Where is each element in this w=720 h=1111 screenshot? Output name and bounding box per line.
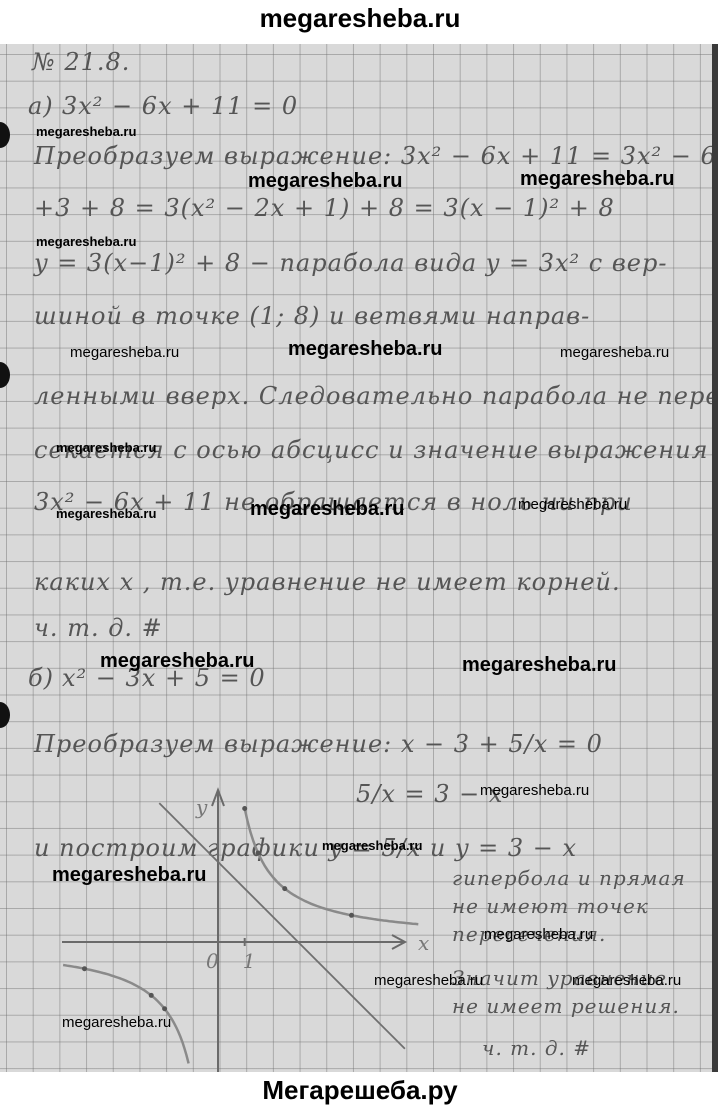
hyperbola-point <box>256 851 261 856</box>
part-a-equation: 3x² − 6x + 11 = 0 <box>62 92 298 120</box>
hyperbola-point <box>282 886 287 891</box>
part-a-line: +3 + 8 = 3(x² − 2x + 1) + 8 = 3(x − 1)² … <box>34 194 615 222</box>
y-axis-label: y <box>195 795 208 819</box>
problem-number: № 21.8. <box>32 48 130 76</box>
part-a-line: Преобразуем выражение: 3x² − 6x + 11 = 3… <box>34 142 718 170</box>
part-a-line: шиной в точке (1; 8) и ветвями направ- <box>34 302 590 330</box>
watermark: megaresheba.ru <box>518 496 627 513</box>
watermark: megaresheba.ru <box>100 650 255 673</box>
watermark: megaresheba.ru <box>36 234 136 249</box>
x-axis-label: x <box>418 931 429 955</box>
watermark: megaresheba.ru <box>288 338 443 361</box>
site-watermark-footer: Мегарешеба.ру <box>0 1072 720 1111</box>
hyperbola-point <box>162 1006 167 1011</box>
conclusion-line: гипербола и прямая <box>452 866 686 890</box>
unit-label: 1 <box>243 949 256 973</box>
watermark: megaresheba.ru <box>480 782 589 799</box>
conclusion-line: не имеют точек <box>452 894 649 918</box>
qed-mark: ч. т. д. # <box>482 1036 591 1060</box>
watermark: megaresheba.ru <box>52 864 207 887</box>
qed-mark: ч. т. д. # <box>34 614 163 642</box>
watermark: megaresheba.ru <box>62 1014 171 1031</box>
part-a-label: а) <box>28 92 54 120</box>
watermark: megaresheba.ru <box>36 124 136 139</box>
watermark: megaresheba.ru <box>250 498 405 521</box>
watermark: megaresheba.ru <box>560 344 669 361</box>
watermark: megaresheba.ru <box>56 440 156 455</box>
watermark: megaresheba.ru <box>462 654 617 677</box>
binder-hole <box>0 122 10 148</box>
site-watermark-header: megaresheba.ru <box>0 0 720 44</box>
part-b-line: Преобразуем выражение: x − 3 + 5/x = 0 <box>34 730 603 758</box>
hyperbola-point <box>82 966 87 971</box>
part-a-line: y = 3(x−1)² + 8 − парабола вида y = 3x² … <box>34 249 667 277</box>
part-a-line: каких x , т.е. уравнение не имеет корней… <box>34 568 621 596</box>
watermark: megaresheba.ru <box>56 506 156 521</box>
hyperbola-branch-right <box>245 809 419 925</box>
watermark: megaresheba.ru <box>520 168 675 191</box>
watermark: megaresheba.ru <box>484 926 593 943</box>
part-a-line: ленными вверх. Следовательно парабола не… <box>34 382 718 410</box>
hyperbola-point <box>149 993 154 998</box>
hyperbola-point <box>242 806 247 811</box>
part-b-label: б) <box>28 664 54 692</box>
origin-label: 0 <box>206 949 219 973</box>
binder-hole <box>0 362 10 388</box>
hyperbola-point <box>349 913 354 918</box>
conclusion-line: не имеет решения. <box>452 994 680 1018</box>
watermark: megaresheba.ru <box>70 344 179 361</box>
watermark: megaresheba.ru <box>374 972 483 989</box>
notebook-page: № 21.8. а) 3x² − 6x + 11 = 0 Преобразуем… <box>0 44 718 1072</box>
watermark: megaresheba.ru <box>322 838 422 853</box>
binder-hole <box>0 702 10 728</box>
watermark: megaresheba.ru <box>572 972 681 989</box>
watermark: megaresheba.ru <box>248 170 403 193</box>
